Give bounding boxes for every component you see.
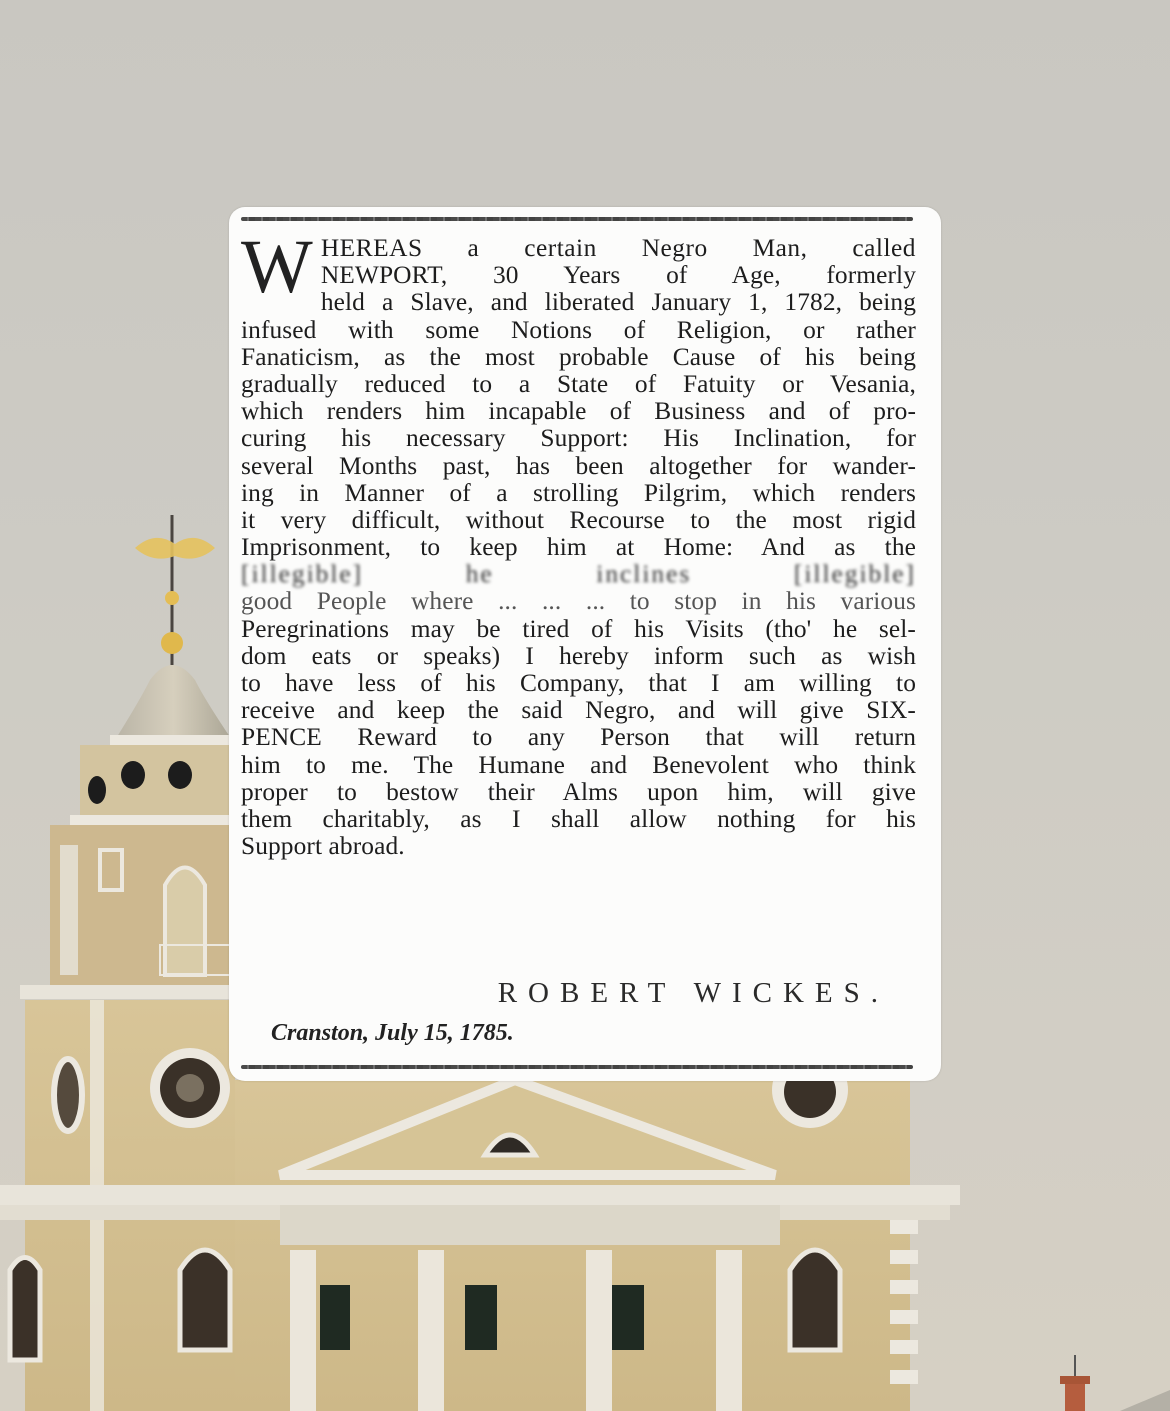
signature: ROBERT WICKES. bbox=[229, 977, 941, 1010]
ad-line: Fanaticism, as the most probable Cause o… bbox=[241, 344, 916, 371]
bottom-rule-divider bbox=[241, 1065, 913, 1069]
ad-line: held a Slave, and liberated January 1, 1… bbox=[321, 289, 916, 316]
newspaper-clipping: W HEREAS a certain Negro Man, called NEW… bbox=[229, 207, 941, 1081]
drop-cap: W bbox=[241, 237, 313, 295]
ad-line: dom eats or speaks) I hereby inform such… bbox=[241, 643, 916, 670]
ad-line: which renders him incapable of Business … bbox=[241, 398, 916, 425]
ad-line: several Months past, has been altogether… bbox=[241, 453, 916, 480]
ad-line: them charitably, as I shall allow nothin… bbox=[241, 806, 916, 833]
ad-line: PENCE Reward to any Person that will ret… bbox=[241, 724, 916, 751]
ad-line: infused with some Notions of Religion, o… bbox=[241, 317, 916, 344]
ad-line: good People where ... ... ... to stop in… bbox=[241, 588, 916, 615]
ad-line: it very difficult, without Recourse to t… bbox=[241, 507, 916, 534]
ad-line: curing his necessary Support: His Inclin… bbox=[241, 425, 916, 452]
ad-line: gradually reduced to a State of Fatuity … bbox=[241, 371, 916, 398]
ad-line: HEREAS a certain Negro Man, called bbox=[321, 235, 916, 262]
advertisement-body: W HEREAS a certain Negro Man, called NEW… bbox=[241, 235, 916, 860]
ad-line: to have less of his Company, that I am w… bbox=[241, 670, 916, 697]
ad-line: him to me. The Humane and Benevolent who… bbox=[241, 752, 916, 779]
dateline: Cranston, July 15, 1785. bbox=[271, 1020, 514, 1047]
ad-line: Support abroad. bbox=[241, 833, 916, 860]
ad-line-illegible: [illegible] he inclines [illegible] bbox=[241, 561, 916, 588]
weathervane-icon bbox=[135, 515, 215, 665]
ad-line: NEWPORT, 30 Years of Age, formerly bbox=[321, 262, 916, 289]
ad-line: ing in Manner of a strolling Pilgrim, wh… bbox=[241, 480, 916, 507]
ad-line: proper to bestow their Alms upon him, wi… bbox=[241, 779, 916, 806]
ad-line: Peregrinations may be tired of his Visit… bbox=[241, 616, 916, 643]
top-rule-divider bbox=[241, 217, 913, 221]
ad-line: receive and keep the said Negro, and wil… bbox=[241, 697, 916, 724]
ad-line: Imprisonment, to keep him at Home: And a… bbox=[241, 534, 916, 561]
